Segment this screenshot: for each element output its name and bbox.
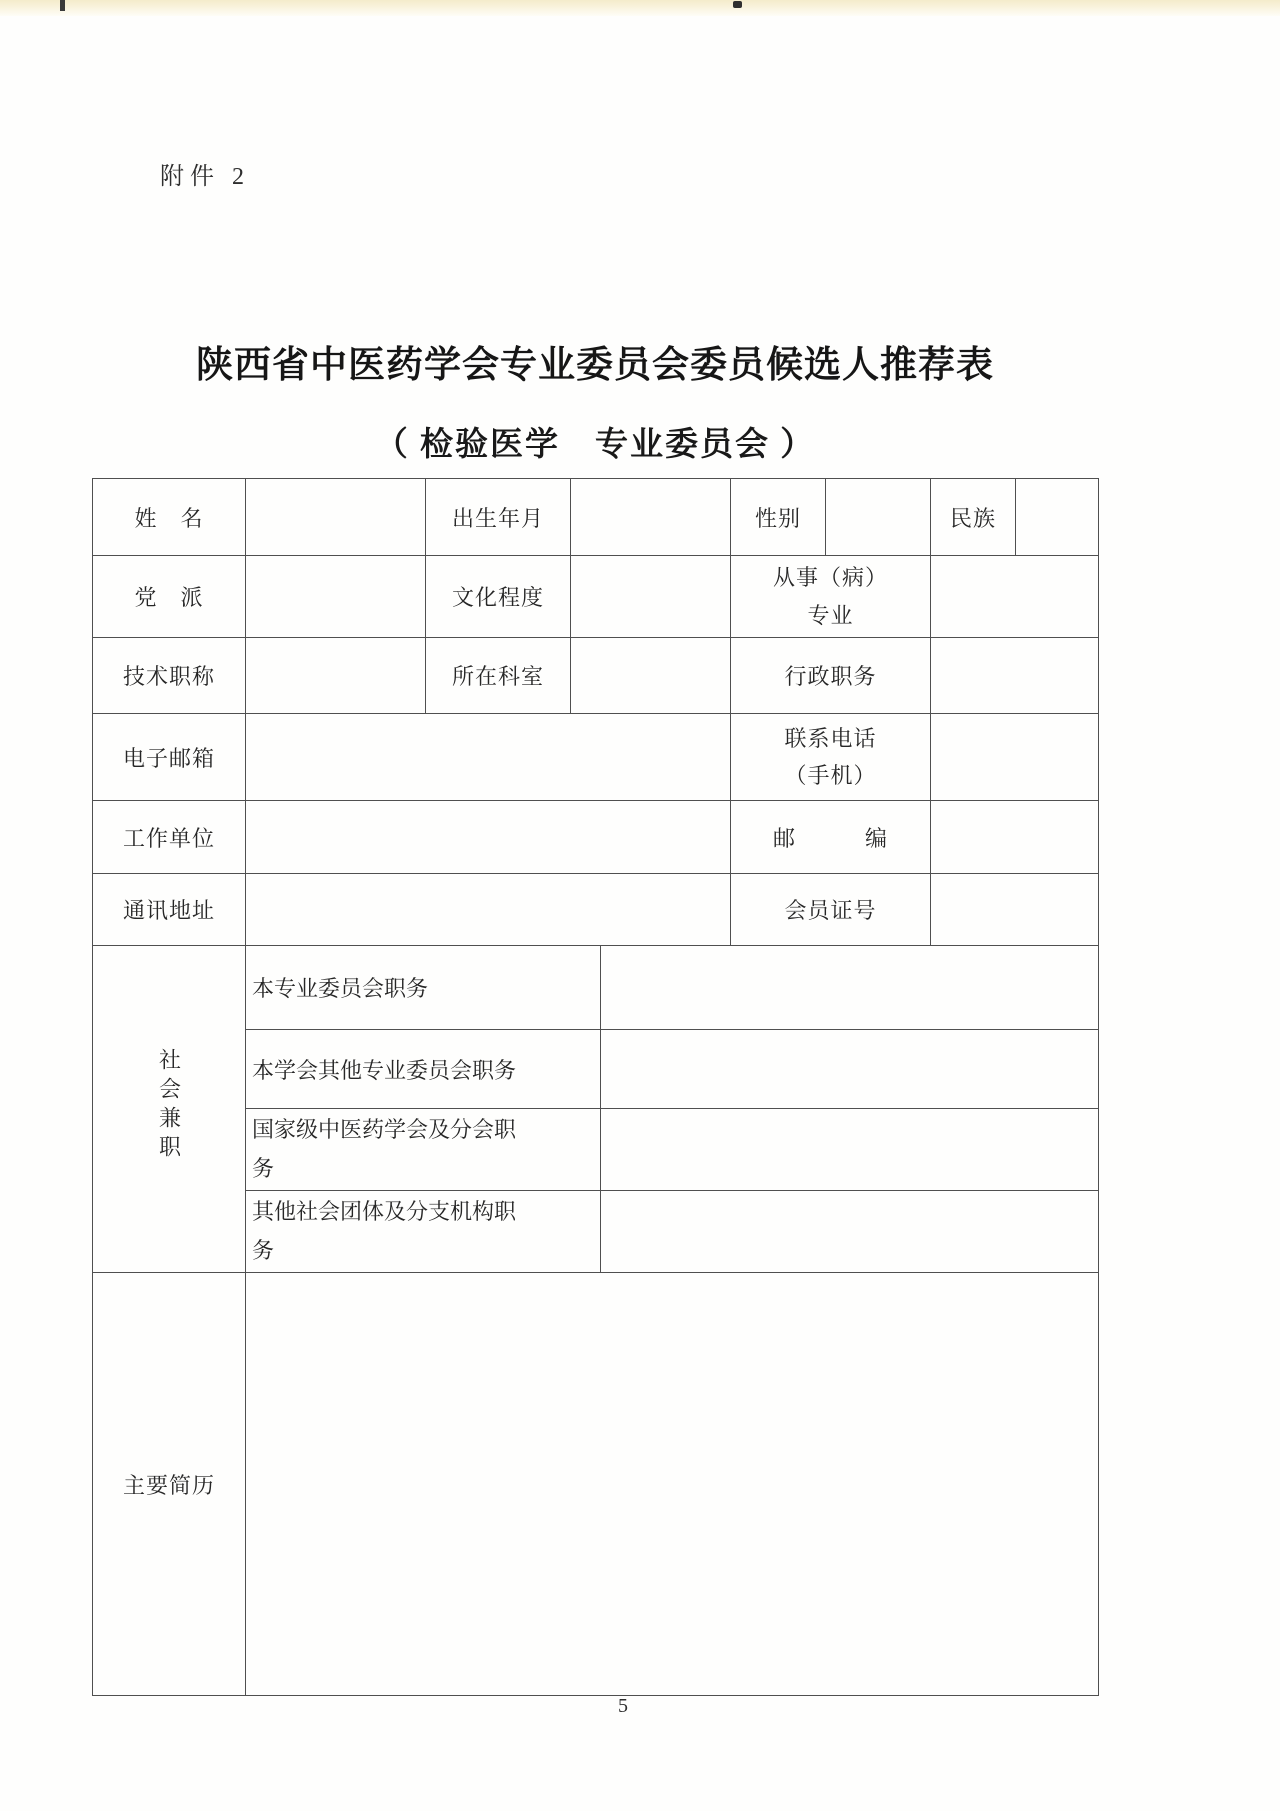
field-label-member-no: 会员证号 xyxy=(731,874,931,946)
scan-artifact xyxy=(733,1,742,8)
party-value-cell xyxy=(246,556,426,638)
social-sub-label-4: 其他社会团体及分支机构职务 xyxy=(246,1191,601,1273)
member-no-value-cell xyxy=(931,874,1099,946)
social-sub-label-1: 本专业委员会职务 xyxy=(246,946,601,1030)
address-value-cell xyxy=(246,874,731,946)
field-label-phone: 联系电话（手机） xyxy=(731,714,931,801)
admin-post-value-cell xyxy=(931,638,1099,714)
scanned-document-page: 附件 2 陕西省中医药学会专业委员会委员候选人推荐表 （ 检验医学 专业委员会 … xyxy=(0,0,1280,1811)
attachment-label: 附件 2 xyxy=(160,156,250,191)
resume-value-cell xyxy=(246,1273,1099,1696)
tech-title-value-cell xyxy=(246,638,426,714)
field-label-name: 姓 名 xyxy=(93,479,246,556)
field-label-gender: 性别 xyxy=(731,479,826,556)
social-sub-value-cell-4 xyxy=(601,1191,1099,1273)
social-sub-value-cell-3 xyxy=(601,1109,1099,1191)
social-sub-label-3: 国家级中医药学会及分会职务 xyxy=(246,1109,601,1191)
email-value-cell xyxy=(246,714,731,801)
social-posts-vertical-label: 社会兼职 xyxy=(93,946,246,1273)
field-label-work-unit: 工作单位 xyxy=(93,801,246,874)
gender-value-cell xyxy=(826,479,931,556)
social-sub-value-cell-1 xyxy=(601,946,1099,1030)
page-subtitle: （ 检验医学 专业委员会 ） xyxy=(92,418,1098,465)
field-label-specialty: 从事（病）专业 xyxy=(731,556,931,638)
field-label-admin-post: 行政职务 xyxy=(731,638,931,714)
field-label-tech-title: 技术职称 xyxy=(93,638,246,714)
field-label-postcode: 邮 编 xyxy=(731,801,931,874)
scan-edge-artifact xyxy=(0,0,1280,16)
page-number: 5 xyxy=(92,1695,1154,1718)
field-label-party: 党 派 xyxy=(93,556,246,638)
resume-label: 主要简历 xyxy=(93,1273,246,1696)
field-label-ethnicity: 民族 xyxy=(931,479,1016,556)
work-unit-value-cell xyxy=(246,801,731,874)
field-label-education: 文化程度 xyxy=(426,556,571,638)
social-sub-value-cell-2 xyxy=(601,1030,1099,1109)
field-label-department: 所在科室 xyxy=(426,638,571,714)
scan-artifact xyxy=(60,0,65,11)
field-label-email: 电子邮箱 xyxy=(93,714,246,801)
recommendation-form-table: 姓 名 出生年月 性别 民族 党 派 文化程度 从事（病）专业 技术职称 所在科… xyxy=(92,478,1099,1696)
department-value-cell xyxy=(571,638,731,714)
field-label-address: 通讯地址 xyxy=(93,874,246,946)
page-title: 陕西省中医药学会专业委员会委员候选人推荐表 xyxy=(92,334,1098,388)
specialty-value-cell xyxy=(931,556,1099,638)
birth-value-cell xyxy=(571,479,731,556)
phone-value-cell xyxy=(931,714,1099,801)
field-label-birth: 出生年月 xyxy=(426,479,571,556)
education-value-cell xyxy=(571,556,731,638)
name-value-cell xyxy=(246,479,426,556)
ethnicity-value-cell xyxy=(1016,479,1099,556)
postcode-value-cell xyxy=(931,801,1099,874)
social-sub-label-2: 本学会其他专业委员会职务 xyxy=(246,1030,601,1109)
